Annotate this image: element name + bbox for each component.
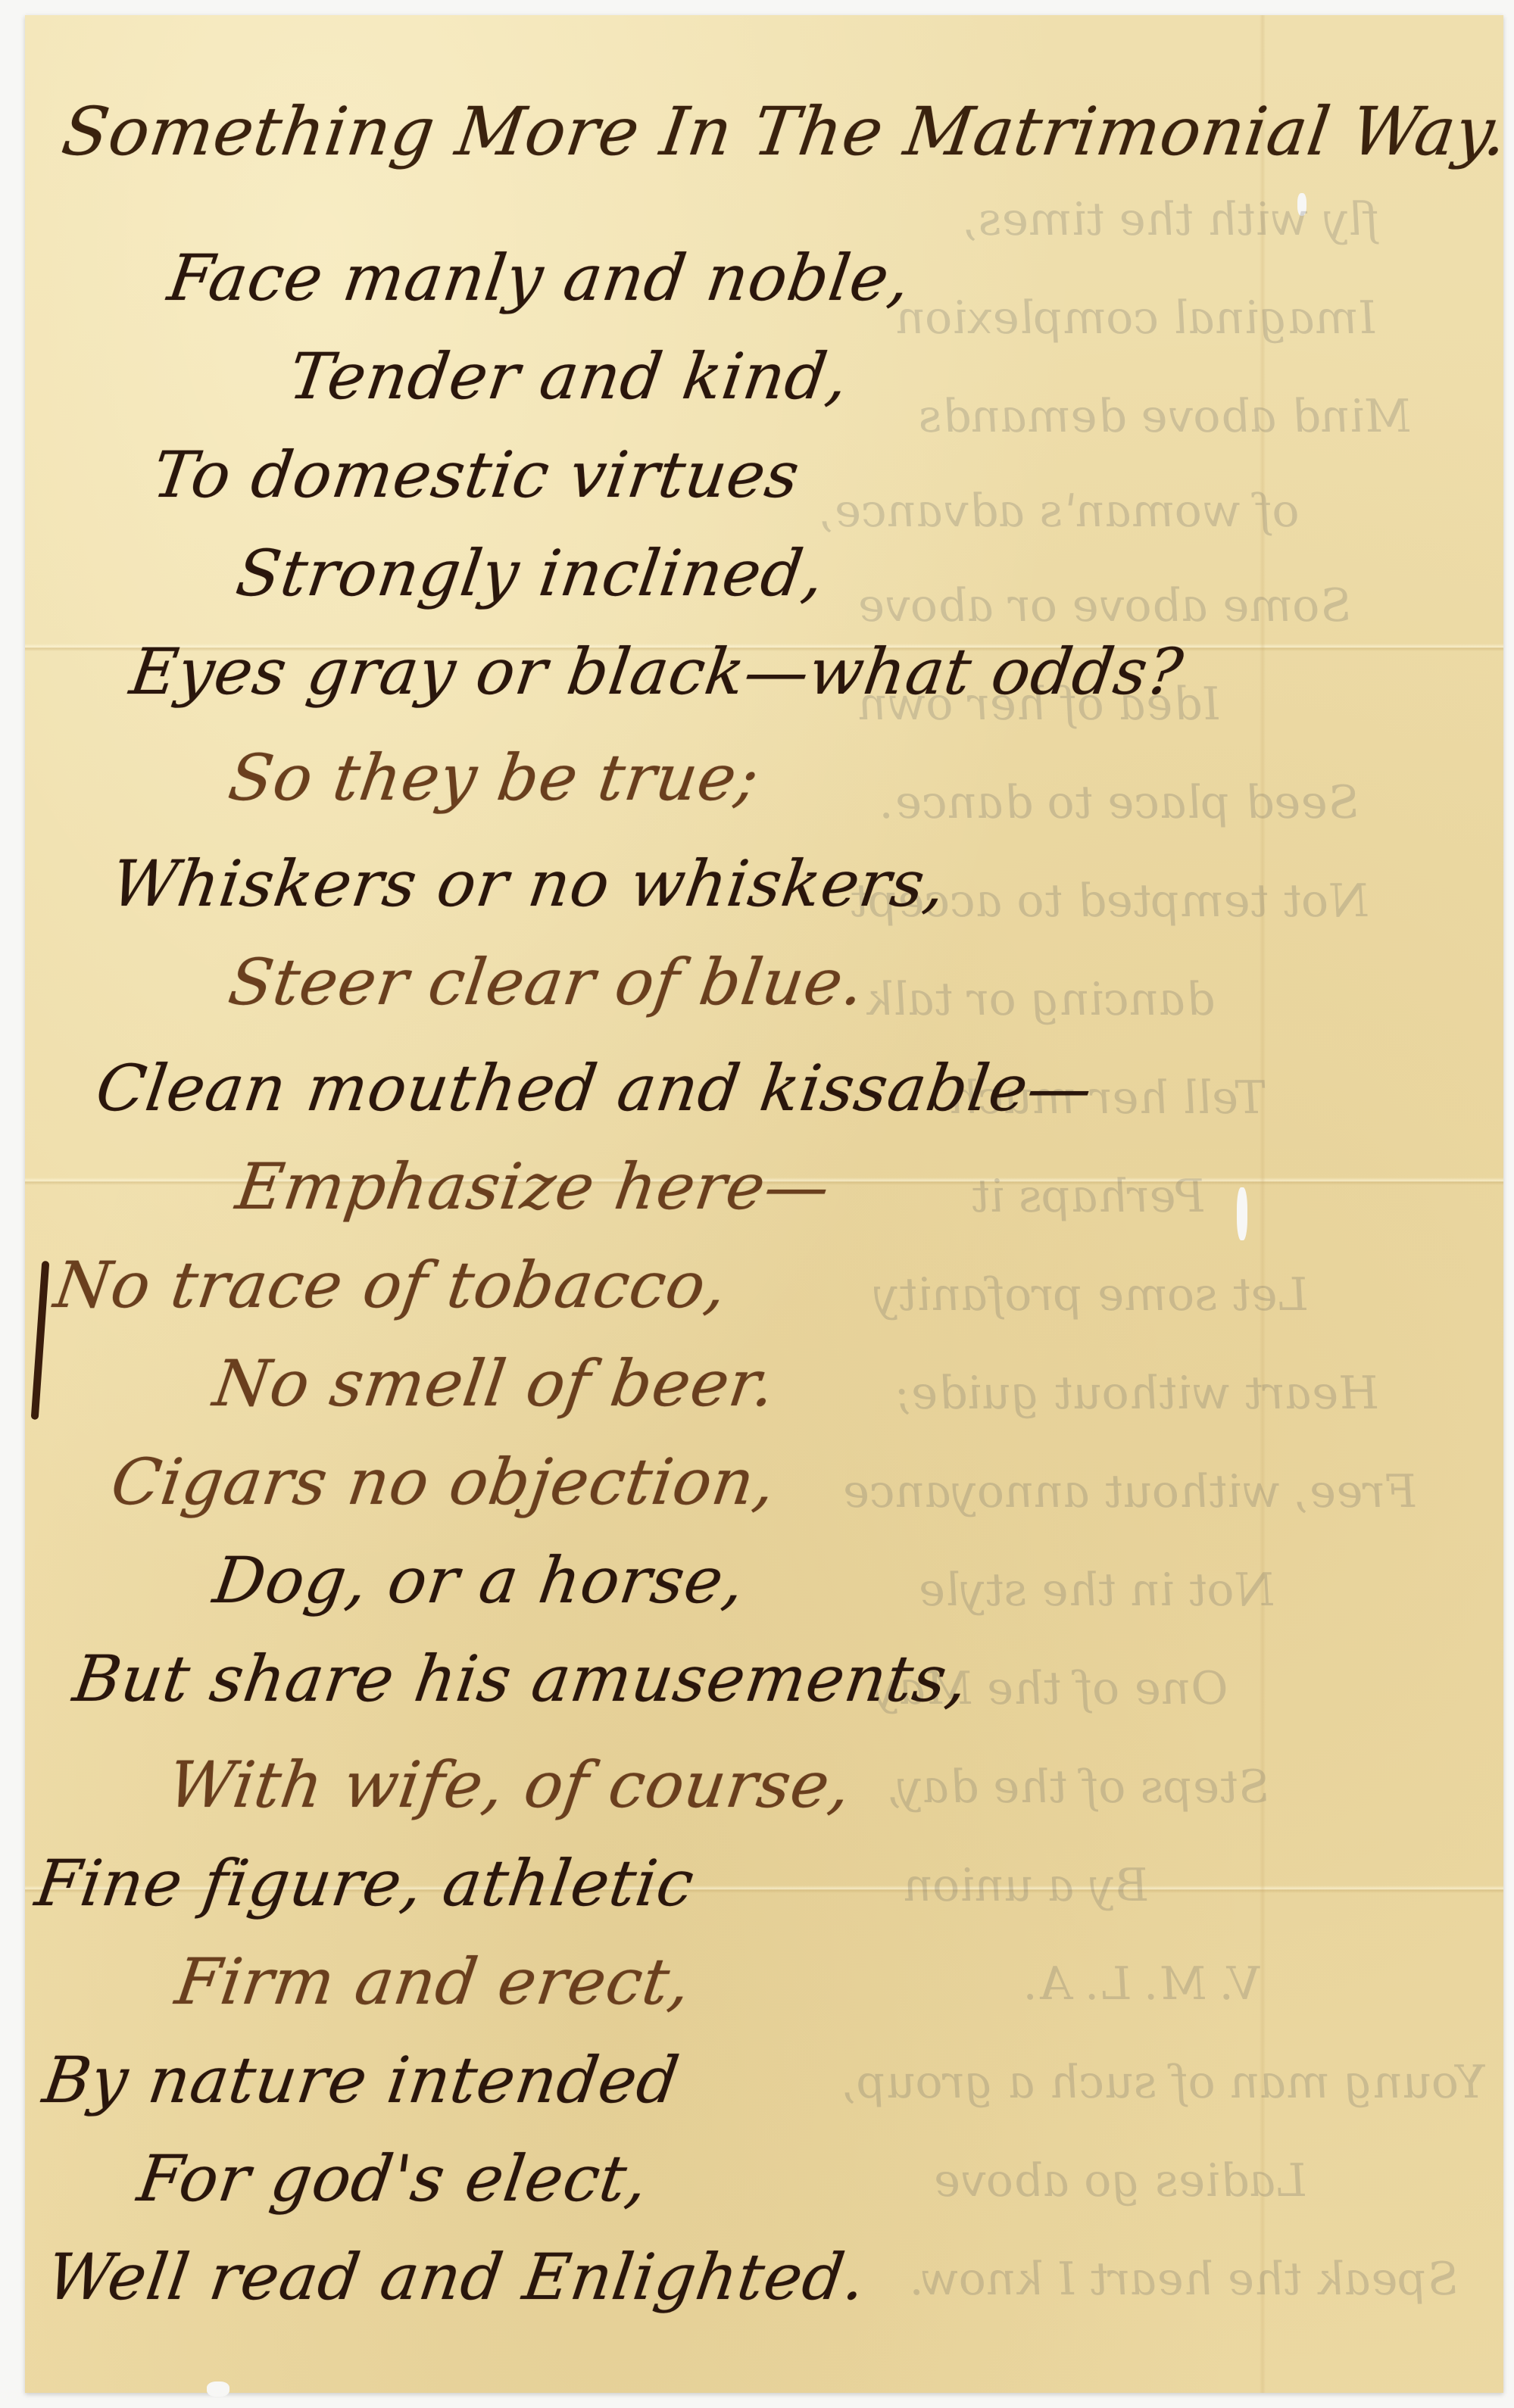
poem-line: Tender and kind, [286, 345, 852, 408]
bleed-through-line: fly with the times, [961, 197, 1383, 242]
poem-line: Clean mouthed and kissable— [92, 1056, 1097, 1120]
paper-fold-crease-vertical [1260, 15, 1266, 2393]
poem-line: Dog, or a horse, [210, 1549, 748, 1612]
bleed-through-line: Some above or above [855, 583, 1355, 629]
paper-tear [1237, 1187, 1247, 1240]
bleed-through-line: dancing or talk [863, 977, 1218, 1022]
poem-line: Fine figure, athletic [32, 1851, 698, 1915]
poem-line: By nature intended [39, 2048, 683, 2112]
bleed-through-line: Imaginal complexion [893, 295, 1380, 341]
bleed-through-line: By a union [901, 1863, 1152, 1908]
manuscript-page: fly with the times, Imaginal complexion … [25, 15, 1503, 2393]
poem-line: Strongly inclined, [233, 541, 829, 605]
paper-tear [207, 2381, 229, 2397]
poem-title: Something More In The Matrimonial Way. [58, 98, 1512, 165]
bleed-through-line: Speak the heart I know. [908, 2257, 1462, 2302]
poem-line: Whiskers or no whiskers, [108, 852, 950, 915]
poem-line: Emphasize here— [233, 1155, 834, 1218]
bleed-through-line: V. M. L. A. [1022, 1961, 1263, 2007]
poem-line: So they be true; [225, 746, 763, 809]
poem-line: Face manly and noble, [164, 246, 914, 310]
poem-line: For god's elect, [134, 2147, 652, 2210]
bleed-through-line: Mind above demands [916, 394, 1414, 439]
bleed-through-line: Ladies go above [931, 2158, 1310, 2204]
poem-line: To domestic virtues [149, 443, 804, 507]
poem-line: With wife, of course, [164, 1753, 855, 1817]
poem-line: Cigars no objection, [108, 1450, 779, 1514]
bleed-through-line: Heart without guide; [893, 1371, 1382, 1416]
poem-line: Firm and erect, [172, 1950, 695, 2013]
poem-line: Eyes gray or black—what odds? [126, 640, 1187, 703]
bleed-through-line: Seed place to dance. [878, 780, 1363, 825]
bleed-through-line: Free, without annoyance [840, 1469, 1420, 1514]
poem-line: No trace of tobacco, [51, 1253, 731, 1317]
bleed-through-line: of woman's advance, [817, 488, 1303, 534]
poem-line: But share his amusements, [70, 1647, 972, 1711]
poem-line: Well read and Enlighted. [43, 2245, 869, 2309]
bleed-through-line: Steps of the day, [885, 1764, 1272, 1810]
bleed-through-line: Young man of such a group, [840, 2060, 1488, 2105]
poem-line: No smell of beer. [210, 1352, 779, 1415]
bleed-through-line: Perhaps it [969, 1174, 1208, 1219]
bleed-through-line: Let some profanity [870, 1272, 1311, 1318]
bleed-through-line: Not in the style [916, 1567, 1278, 1613]
poem-line: Steer clear of blue. [225, 950, 868, 1014]
